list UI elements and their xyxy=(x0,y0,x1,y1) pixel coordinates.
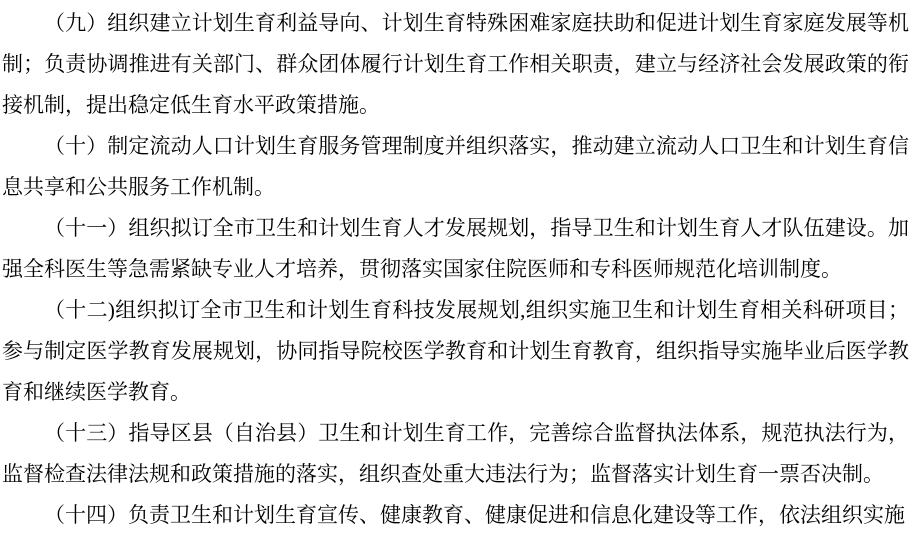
paragraph-item-11: （十一）组织拟订全市卫生和计划生育人才发展规划，指导卫生和计划生育人才队伍建设。… xyxy=(2,208,909,290)
paragraph-item-13: （十三）指导区县（自治县）卫生和计划生育工作，完善综合监督执法体系，规范执法行为… xyxy=(2,413,909,495)
paragraph-item-12: （十二)组织拟订全市卫生和计划生育科技发展规划,组织实施卫生和计划生育相关科研项… xyxy=(2,290,909,413)
paragraph-item-14: （十四）负责卫生和计划生育宣传、健康教育、健康促进和信息化建设等工作，依法组织实… xyxy=(2,495,909,536)
paragraph-item-10: （十）制定流动人口计划生育服务管理制度并组织落实，推动建立流动人口卫生和计划生育… xyxy=(2,126,909,208)
paragraph-item-9: （九）组织建立计划生育利益导向、计划生育特殊困难家庭扶助和促进计划生育家庭发展等… xyxy=(2,3,909,126)
document-page: （九）组织建立计划生育利益导向、计划生育特殊困难家庭扶助和促进计划生育家庭发展等… xyxy=(0,0,919,544)
